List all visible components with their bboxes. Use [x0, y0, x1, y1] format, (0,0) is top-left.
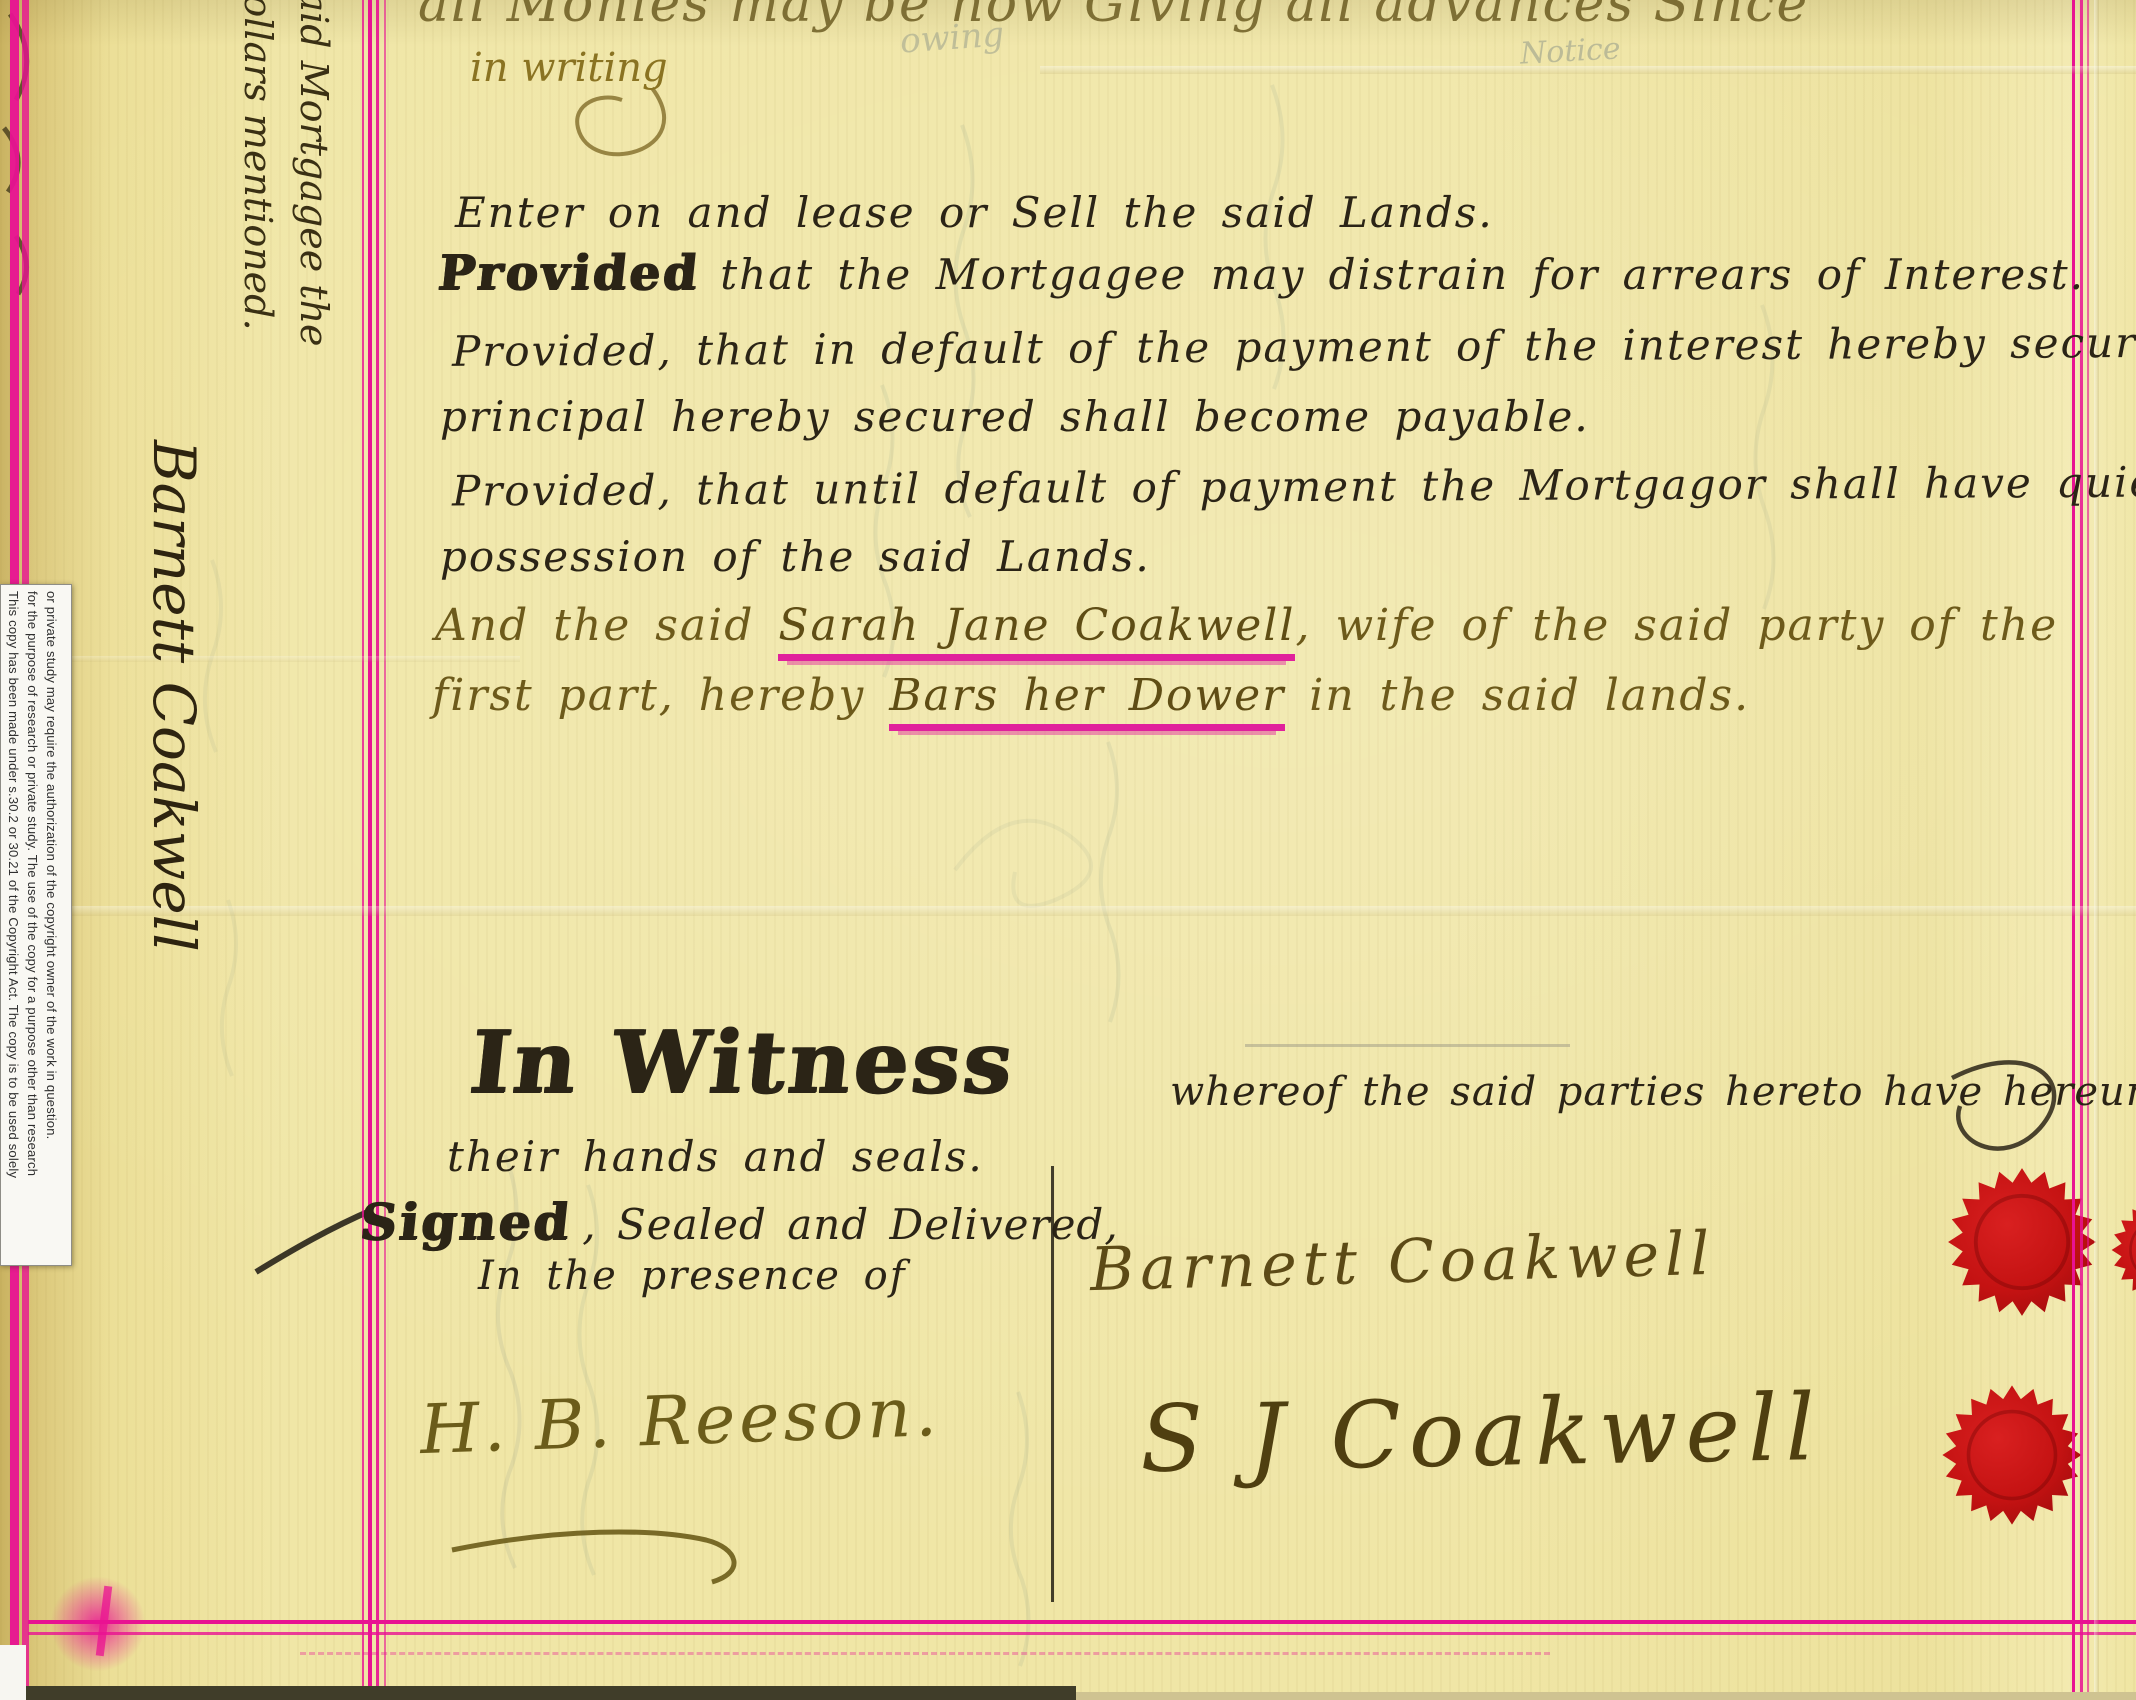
- left-margin-rule: [368, 0, 372, 1700]
- dower-wife-name: Sarah Jane Coakwell: [778, 600, 1295, 661]
- deed-clause-quiet-line2: possession of the said Lands.: [440, 536, 1151, 578]
- scanned-deed-page: all Monies may be now Giving all advance…: [0, 0, 2136, 1700]
- copyright-label: This copy has been made under s.30.2 or …: [0, 584, 72, 1266]
- signed-sealed-delivered: Signed , Sealed and Delivered,: [360, 1192, 1119, 1251]
- copyright-label-line: This copy has been made under s.30.2 or …: [4, 591, 23, 1259]
- dower-clause-line2: first part, hereby Bars her Dower in the…: [432, 674, 1750, 718]
- dower-clause-line2-pre: first part, hereby: [432, 670, 889, 721]
- pencil-note: Notice: [1519, 31, 1621, 71]
- in-witness-gothic: In Witness: [465, 1012, 1020, 1113]
- bottom-rule: [28, 1632, 2136, 1635]
- deed-line-enter: Enter on and lease or Sell the said Land…: [455, 192, 1494, 234]
- witness-signature: H. B. Reeson.: [419, 1379, 942, 1465]
- wax-seal-edge-sliver-icon: [2112, 1200, 2136, 1301]
- copyright-label-line: for the purpose of research or private s…: [23, 591, 42, 1259]
- in-witness-rest: whereof the said parties hereto have her…: [1170, 1072, 2136, 1112]
- deed-clause-default-line2: principal hereby secured shall become pa…: [440, 396, 1590, 438]
- dower-clause-mid: , wife of the said party of the: [1295, 600, 2058, 651]
- gothic-word-provided: Provided: [435, 245, 702, 301]
- fold-crease-vertical: [2094, 0, 2099, 1700]
- copyright-label-line: or private study may require the authori…: [42, 591, 61, 1259]
- scanner-edge-white: [0, 1645, 26, 1700]
- bottom-dashed-rule: [300, 1652, 1550, 1655]
- wife-signature: S J Coakwell: [1139, 1382, 1823, 1486]
- deed-clause-distrain: Provided that the Mortgagee may distrain…: [438, 245, 2085, 301]
- margin-vertical-signature: Barnett Coakwell: [145, 440, 203, 1120]
- fold-crease: [0, 656, 520, 662]
- hands-and-seals-line: their hands and seals.: [447, 1136, 984, 1178]
- pencil-line: [1245, 1044, 1570, 1047]
- signature-divider-line: [1051, 1166, 1054, 1602]
- writing-tail-flourish: [577, 88, 664, 154]
- pink-ink-smudge: [50, 1576, 146, 1672]
- signed-lead-flourish: [256, 1210, 372, 1272]
- margin-note-line: dollars mentioned.: [230, 0, 286, 370]
- dower-clause-line1: And the said Sarah Jane Coakwell, wife o…: [435, 604, 2058, 648]
- in-writing-note: in writing: [470, 48, 668, 88]
- dower-clause-pre: And the said: [435, 600, 778, 651]
- dower-clause-line2-post: in the said lands.: [1285, 670, 1750, 721]
- left-margin-rule: [362, 0, 364, 1700]
- left-margin-rule: [384, 0, 386, 1700]
- deed-clause-distrain-text: that the Mortgagee may distrain for arre…: [720, 250, 2085, 299]
- margin-note-vertical: said Mortgagee the dollars mentioned.: [230, 0, 342, 370]
- margin-note-line: said Mortgagee the: [286, 0, 342, 370]
- signed-gothic: Signed: [357, 1192, 574, 1251]
- left-margin-rule: [376, 0, 379, 1700]
- sealed-delivered-text: , Sealed and Delivered,: [582, 1200, 1118, 1249]
- fold-crease: [0, 906, 2136, 916]
- mortgagor-signature: Barnett Coakwell: [1089, 1224, 1716, 1300]
- paper-bottom-edge: [1076, 1692, 2136, 1700]
- top-cut-handwriting-line: all Monies may be now Giving all advance…: [418, 0, 1809, 30]
- right-margin-rule: [2087, 0, 2089, 1700]
- pencil-note: owing: [899, 14, 1006, 61]
- wax-seal-icon: [1942, 1385, 2081, 1524]
- bottom-rule: [28, 1620, 2136, 1624]
- deed-clause-quiet-line1: Provided, that until default of payment …: [452, 461, 2136, 512]
- paper-bottom-edge-shadow: [26, 1686, 1076, 1700]
- bars-her-dower-phrase: Bars her Dower: [889, 670, 1285, 731]
- deed-clause-default-line1: Provided, that in default of the payment…: [452, 321, 2136, 373]
- presence-line: In the presence of: [478, 1256, 907, 1296]
